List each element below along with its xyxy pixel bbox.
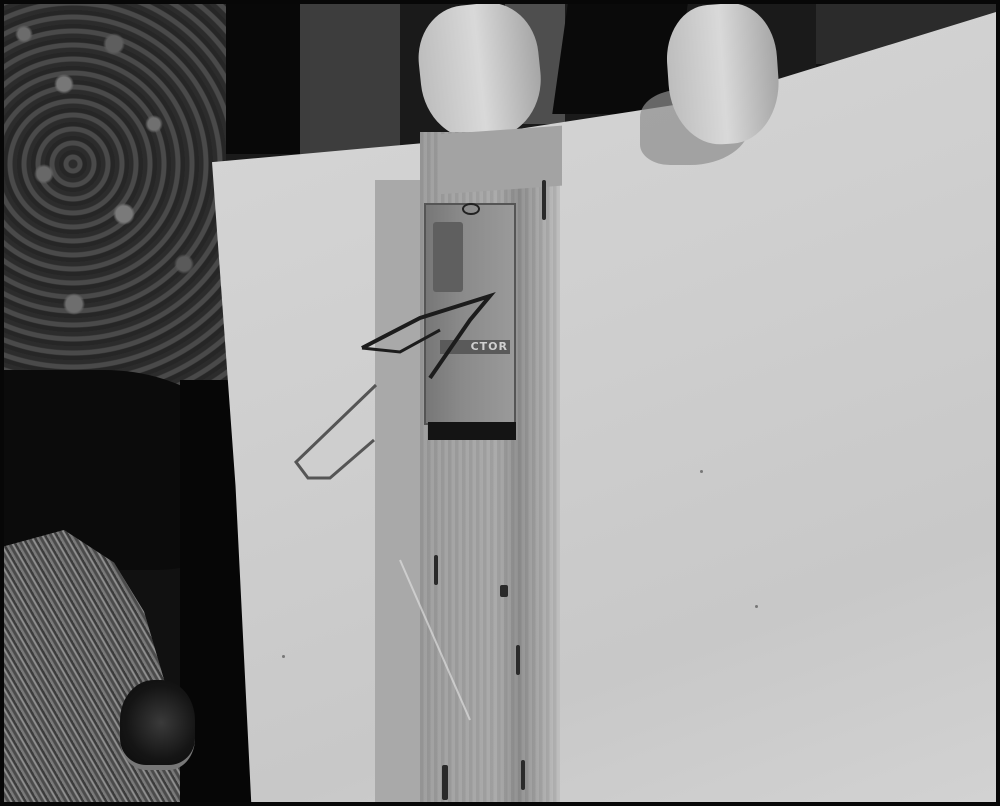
nail-mark bbox=[500, 585, 508, 597]
nail-mark bbox=[434, 555, 438, 585]
film-speck bbox=[282, 655, 285, 658]
person-trouser-left-light bbox=[300, 4, 400, 154]
film-speck bbox=[700, 470, 703, 473]
nail-mark bbox=[516, 645, 520, 675]
photo-scene: CTOR bbox=[0, 0, 1000, 806]
nail-mark bbox=[542, 180, 546, 220]
nail-mark bbox=[442, 765, 448, 800]
mousetrap-brand-label: CTOR bbox=[440, 340, 510, 354]
mousetrap-staple bbox=[462, 203, 480, 215]
nail-mark bbox=[521, 760, 525, 790]
background-foliage bbox=[4, 4, 234, 404]
film-speck bbox=[755, 605, 758, 608]
person-shoe bbox=[120, 680, 195, 770]
mousetrap-shadow bbox=[428, 422, 516, 440]
mousetrap-bait-pedal bbox=[433, 222, 463, 292]
